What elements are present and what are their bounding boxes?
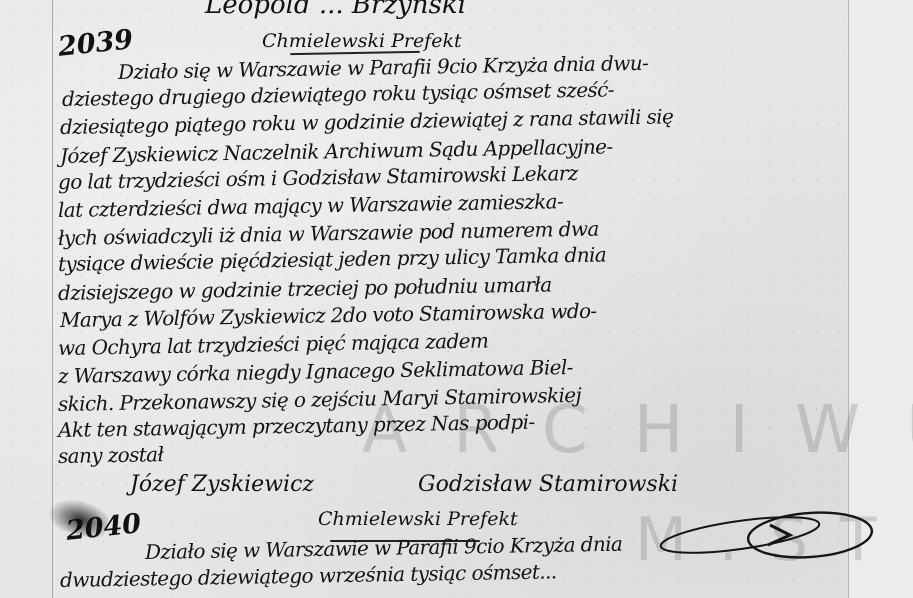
signature-flourish-icon [650,505,910,585]
header-signatures: Leopold ... Brzyński [205,0,466,20]
header-official-signature: Chmielewski Prefekt [262,30,462,52]
signature-witness: Godzisław Stamirowski [418,472,678,497]
record-line: sany został [58,442,164,468]
signature-official: Chmielewski Prefekt [318,508,518,530]
document-page: ARCHIWUM M.ST Leopold ... Brzyński Chmie… [0,0,913,598]
signature-declarant: Józef Zyskiewicz [130,472,314,497]
